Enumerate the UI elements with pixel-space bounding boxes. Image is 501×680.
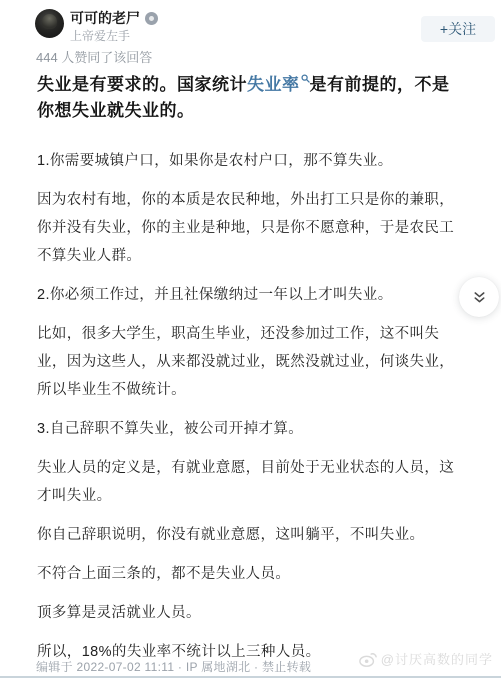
answer-content: 失业是有要求的。国家统计失业率是有前提的，不是你想失业就失业的。 1.你需要城镇… bbox=[0, 62, 501, 666]
search-icon bbox=[301, 74, 310, 83]
author-name[interactable]: 可可的老尸 bbox=[70, 8, 140, 28]
answer-title: 失业是有要求的。国家统计失业率是有前提的，不是你想失业就失业的。 bbox=[37, 72, 465, 124]
edit-meta: 编辑于 2022-07-02 11:11 · IP 属地湖北 · 禁止转载 bbox=[36, 658, 311, 675]
paragraph: 2.你必须工作过，并且社保缴纳过一年以上才叫失业。 bbox=[37, 281, 465, 309]
author-header: 可可的老尸 上帝爱左手 +关注 444 人赞同了该回答 bbox=[0, 0, 501, 62]
paragraph: 比如，很多大学生，职高生毕业，还没参加过工作，这不叫失业，因为这些人，从来都没就… bbox=[37, 320, 465, 404]
chevron-double-down-icon bbox=[472, 290, 487, 305]
avatar-silhouette bbox=[42, 14, 57, 29]
watermark-text: @讨厌高数的同学 bbox=[381, 649, 493, 668]
vote-count: 444 人赞同了该回答 bbox=[36, 47, 152, 66]
paragraph: 因为农村有地，你的本质是农民种地，外出打工只是你的兼职，你并没有失业，你的主业是… bbox=[37, 186, 465, 270]
answer-card: 可可的老尸 上帝爱左手 +关注 444 人赞同了该回答 失业是有要求的。国家统计… bbox=[0, 0, 501, 680]
paragraph: 3.自己辞职不算失业，被公司开掉才算。 bbox=[37, 415, 465, 443]
entity-link[interactable]: 失业率 bbox=[247, 75, 310, 94]
avatar[interactable] bbox=[35, 9, 64, 38]
paragraph: 1.你需要城镇户口，如果你是农村户口，那不算失业。 bbox=[37, 147, 465, 175]
bottom-divider bbox=[0, 676, 501, 678]
paragraph: 不符合上面三条的，都不是失业人员。 bbox=[37, 560, 465, 588]
member-badge-icon bbox=[145, 12, 158, 25]
author-bio: 上帝爱左手 bbox=[70, 27, 130, 44]
collapse-answer-button[interactable] bbox=[459, 277, 499, 317]
weibo-logo-icon bbox=[358, 650, 378, 668]
entity-link-text: 失业率 bbox=[247, 75, 300, 94]
paragraph: 顶多算是灵活就业人员。 bbox=[37, 599, 465, 627]
weibo-watermark: @讨厌高数的同学 bbox=[358, 649, 493, 668]
paragraph: 你自己辞职说明，你没有就业意愿，这叫躺平，不叫失业。 bbox=[37, 521, 465, 549]
paragraph: 失业人员的定义是，有就业意愿，目前处于无业状态的人员，这才叫失业。 bbox=[37, 454, 465, 510]
follow-button[interactable]: +关注 bbox=[421, 16, 495, 42]
title-text-pre: 失业是有要求的。国家统计 bbox=[37, 75, 247, 94]
